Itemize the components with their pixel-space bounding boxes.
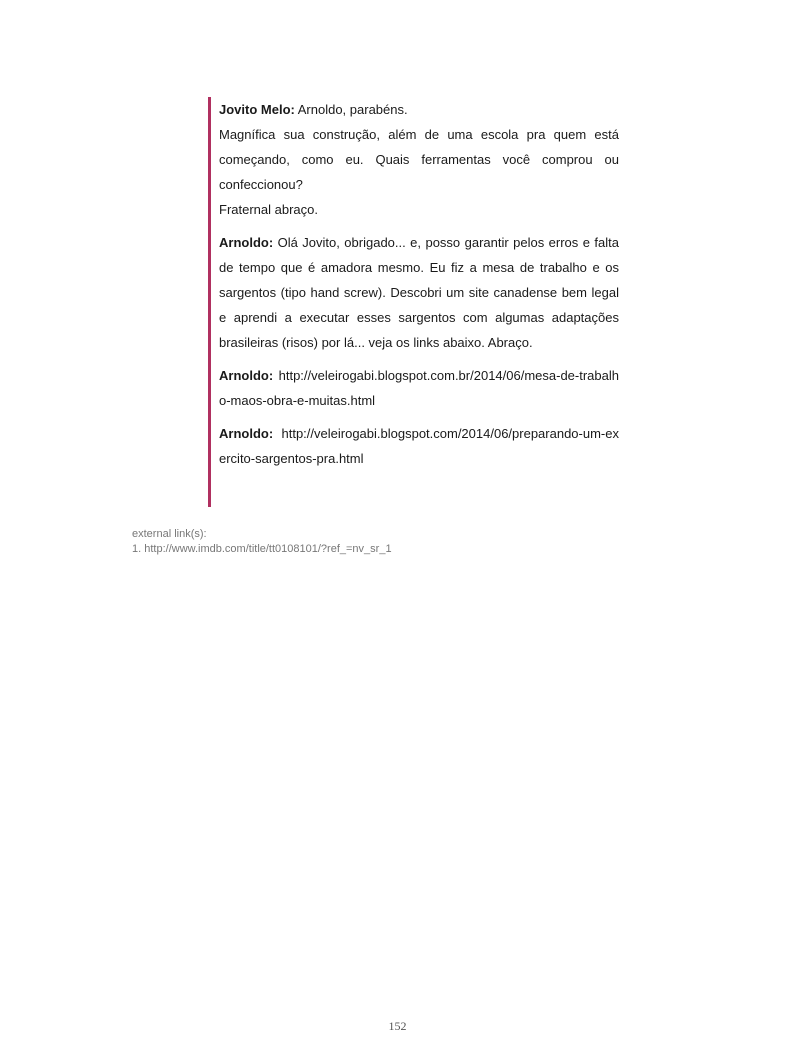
blog-link-sargentos[interactable]: http://veleirogabi.blogspot.com/2014/06/… [219, 426, 619, 466]
comment-author: Arnoldo: [219, 426, 273, 441]
comment-arnoldo-link-1: Arnoldo: http://veleirogabi.blogspot.com… [219, 363, 619, 413]
comment-author: Arnoldo: [219, 368, 273, 383]
blog-link-mesa-de-trabalho[interactable]: http://veleirogabi.blogspot.com.br/2014/… [219, 368, 619, 408]
external-links-section: external link(s): 1. http://www.imdb.com… [132, 527, 392, 557]
comment-arnoldo-link-2: Arnoldo: http://veleirogabi.blogspot.com… [219, 421, 619, 471]
comment-text: Olá Jovito, obrigado... e, posso garanti… [219, 235, 619, 350]
external-link-imdb[interactable]: 1. http://www.imdb.com/title/tt0108101/?… [132, 542, 392, 557]
comment-arnoldo-reply: Arnoldo: Olá Jovito, obrigado... e, poss… [219, 230, 619, 355]
page-number: 152 [0, 1019, 795, 1034]
comment-text: Magnífica sua construção, além de uma es… [219, 122, 619, 197]
comment-text: Fraternal abraço. [219, 197, 619, 222]
comment-author: Arnoldo: [219, 235, 273, 250]
comment-jovito: Jovito Melo: Arnoldo, parabéns. Magnífic… [219, 97, 619, 222]
comment-first-line: Jovito Melo: Arnoldo, parabéns. [219, 97, 619, 122]
comment-text: Arnoldo, parabéns. [298, 102, 408, 117]
external-links-heading: external link(s): [132, 527, 392, 542]
comment-author: Jovito Melo: [219, 102, 295, 117]
comment-thread: Jovito Melo: Arnoldo, parabéns. Magnífic… [208, 97, 619, 507]
